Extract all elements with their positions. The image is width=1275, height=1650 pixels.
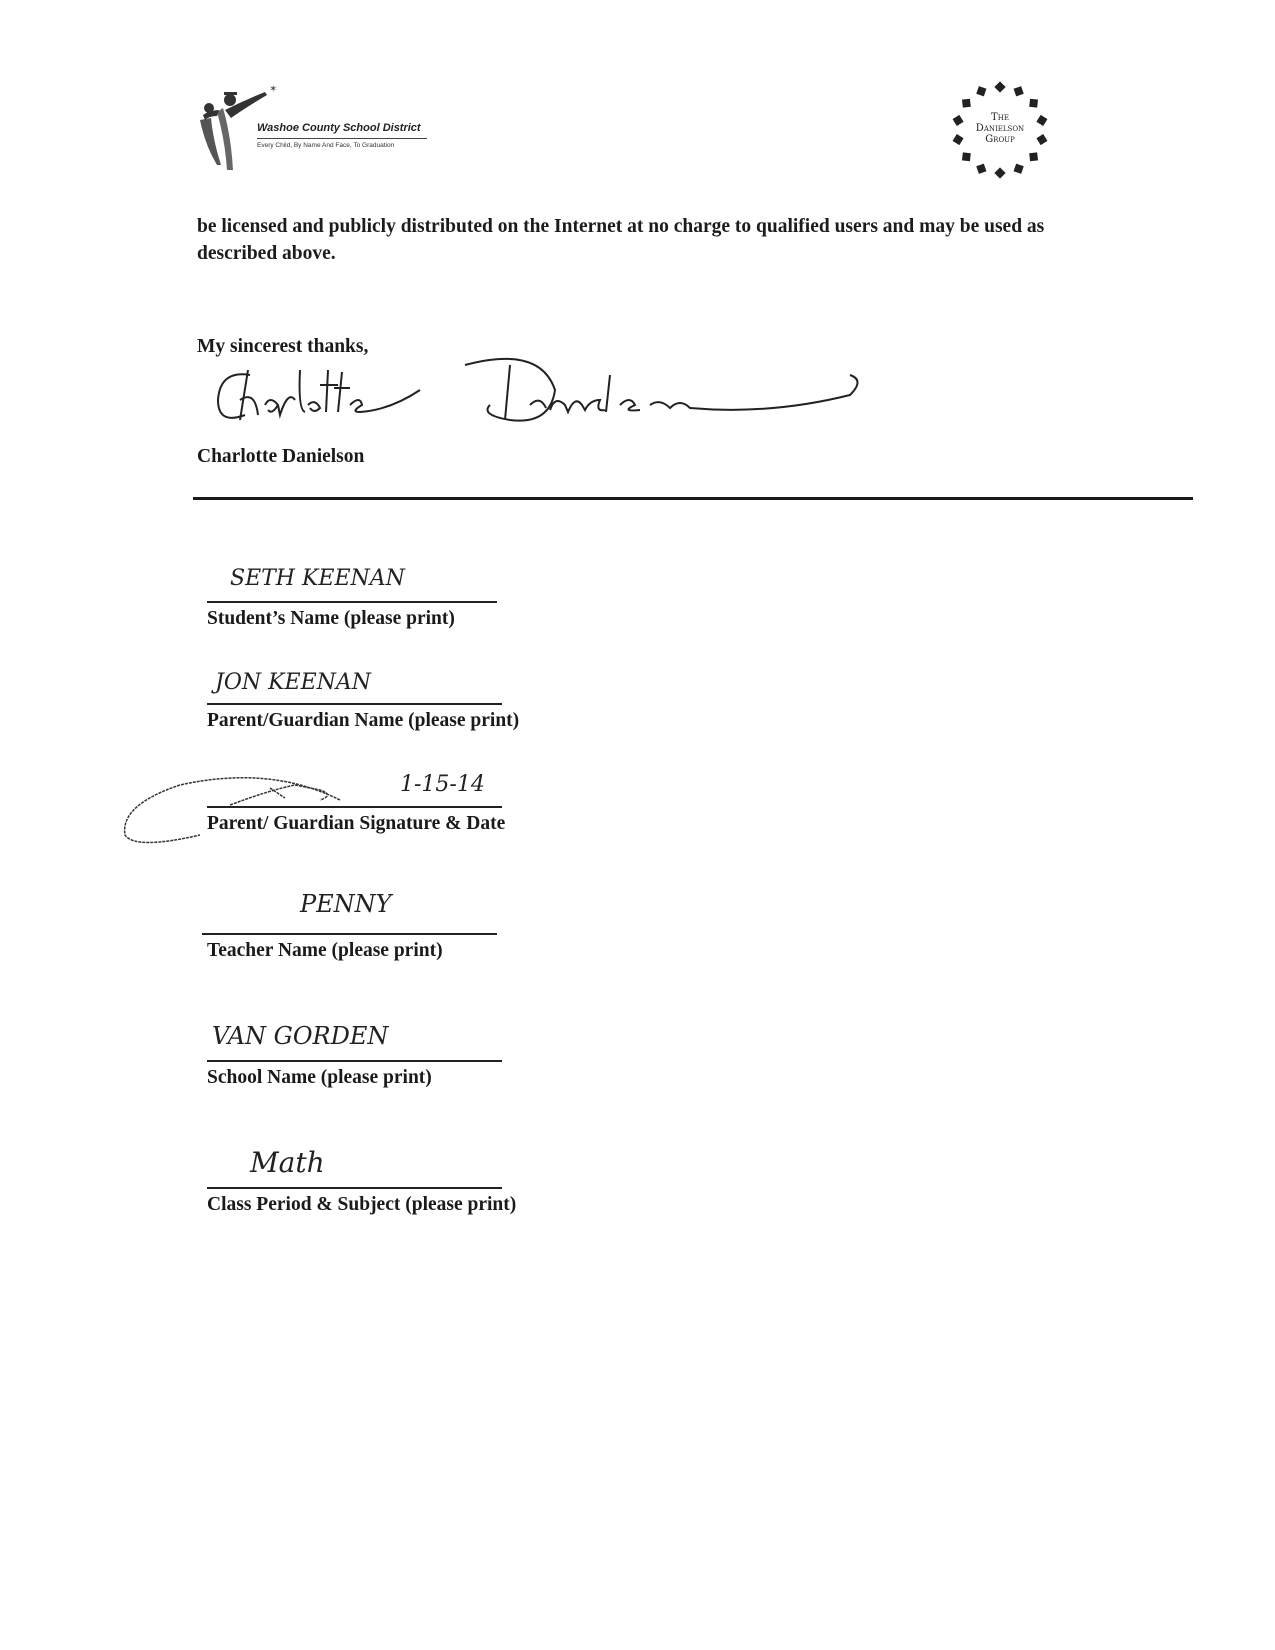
svg-text:✶: ✶ [269, 84, 277, 95]
danielson-line-3: Group [950, 134, 1050, 145]
parent-name-label: Parent/Guardian Name (please print) [207, 710, 519, 732]
author-signature [210, 350, 890, 440]
section-divider [193, 497, 1193, 500]
school-name-line [207, 1060, 502, 1062]
parent-name-line [207, 703, 502, 705]
class-period-subject-handwritten-value: Math [250, 1146, 325, 1179]
signer-name: Charlotte Danielson [197, 446, 364, 468]
teacher-name-line [202, 933, 497, 935]
danielson-group-logo: The Danielson Group [990, 80, 1090, 180]
school-name-handwritten-value: VAN GORDEN [212, 1022, 388, 1050]
wcsd-tagline: Every Child, By Name And Face, To Gradua… [257, 142, 394, 149]
student-name-label: Student’s Name (please print) [207, 608, 455, 630]
wcsd-name: Washoe County School District [257, 122, 421, 134]
washoe-county-school-district-logo: ✶ Washoe County School District Every Ch… [195, 70, 445, 185]
class-period-subject-label: Class Period & Subject (please print) [207, 1194, 516, 1216]
danielson-line-2: Danielson [950, 123, 1050, 134]
parent-signature-date-handwritten-value: 1-15-14 [400, 772, 485, 797]
student-name-handwritten-value: SETH KEENAN [230, 566, 405, 591]
danielson-line-1: The [950, 112, 1050, 123]
teacher-name-label: Teacher Name (please print) [207, 940, 443, 962]
teacher-name-handwritten-value: PENNY [300, 890, 392, 918]
student-name-line [207, 601, 497, 603]
class-period-subject-line [207, 1187, 502, 1189]
wcsd-underline [257, 138, 427, 139]
letter-body: be licensed and publicly distributed on … [197, 213, 1097, 267]
school-name-label: School Name (please print) [207, 1067, 432, 1089]
wcsd-figures-icon: ✶ [195, 70, 255, 180]
parent-name-handwritten-value: JON KEENAN [215, 670, 371, 695]
parent-signature-scribble [120, 770, 360, 860]
